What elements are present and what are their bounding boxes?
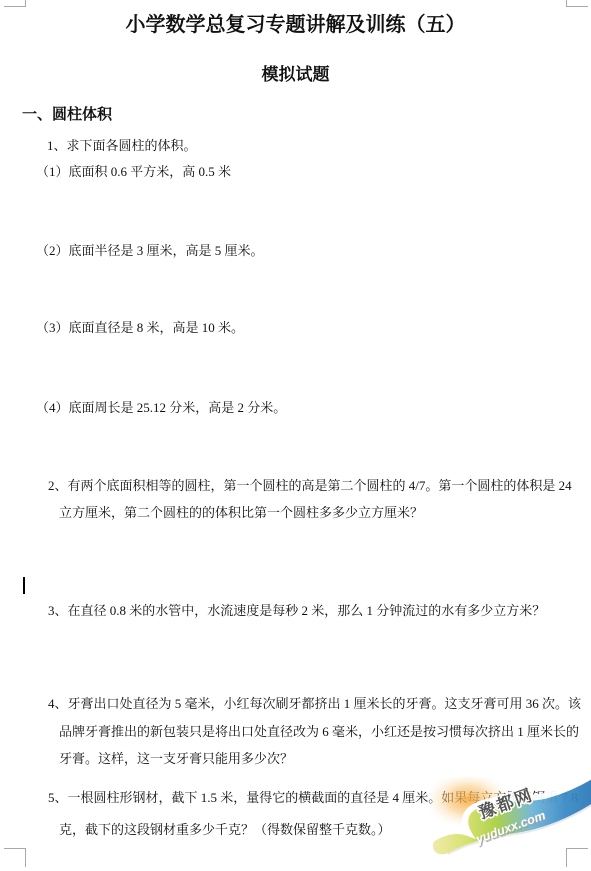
- margin-crop-mark-top-left: [4, 0, 26, 7]
- section-heading[interactable]: 一、圆柱体积: [22, 106, 112, 124]
- question-4-line-2[interactable]: 品牌牙膏推出的新包装只是将出口处直径改为 6 毫米，小红还是按习惯每次挤出 1 …: [59, 723, 579, 741]
- question-1-item-3[interactable]: （3）底面直径是 8 米，高是 10 米。: [36, 319, 244, 337]
- question-1-stem[interactable]: 1、求下面各圆柱的体积。: [47, 137, 197, 155]
- question-1-item-2[interactable]: （2）底面半径是 3 厘米，高是 5 厘米。: [36, 242, 264, 260]
- question-2-line-1[interactable]: 2、有两个底面积相等的圆柱，第一个圆柱的高是第二个圆柱的 4/7。第一个圆柱的体…: [48, 477, 572, 495]
- question-5-line-2[interactable]: 克，截下的这段钢材重多少千克？（得数保留整千克数。）: [59, 821, 391, 839]
- page-subtitle[interactable]: 模拟试题: [0, 64, 591, 86]
- yuduxx-watermark-logo: yuduxx.com 豫都网 yuduxx.com: [418, 777, 591, 871]
- page-title[interactable]: 小学数学总复习专题讲解及训练（五）: [0, 12, 591, 38]
- question-1-item-1[interactable]: （1）底面积 0.6 平方米，高 0.5 米: [36, 163, 231, 181]
- text-cursor: [23, 577, 25, 594]
- question-2-line-2[interactable]: 立方厘米，第二个圆柱的的体积比第一个圆柱多多少立方厘米？: [59, 504, 423, 522]
- margin-crop-mark-bottom-left: [4, 848, 26, 867]
- question-4-line-1[interactable]: 4、牙膏出口处直径为 5 毫米，小红每次刷牙都挤出 1 厘米长的牙膏。这支牙膏可…: [48, 695, 581, 713]
- question-1-item-4[interactable]: （4）底面周长是 25.12 分米，高是 2 分米。: [36, 399, 286, 417]
- question-4-line-3[interactable]: 牙膏。这样，这一支牙膏只能用多少次？: [59, 750, 293, 768]
- document-page[interactable]: 小学数学总复习专题讲解及训练（五） 模拟试题 一、圆柱体积 1、求下面各圆柱的体…: [0, 0, 591, 871]
- margin-crop-mark-top-right: [566, 0, 588, 7]
- question-3-line-1[interactable]: 3、在直径 0.8 米的水管中，水流速度是每秒 2 米，那么 1 分钟流过的水有…: [48, 602, 545, 620]
